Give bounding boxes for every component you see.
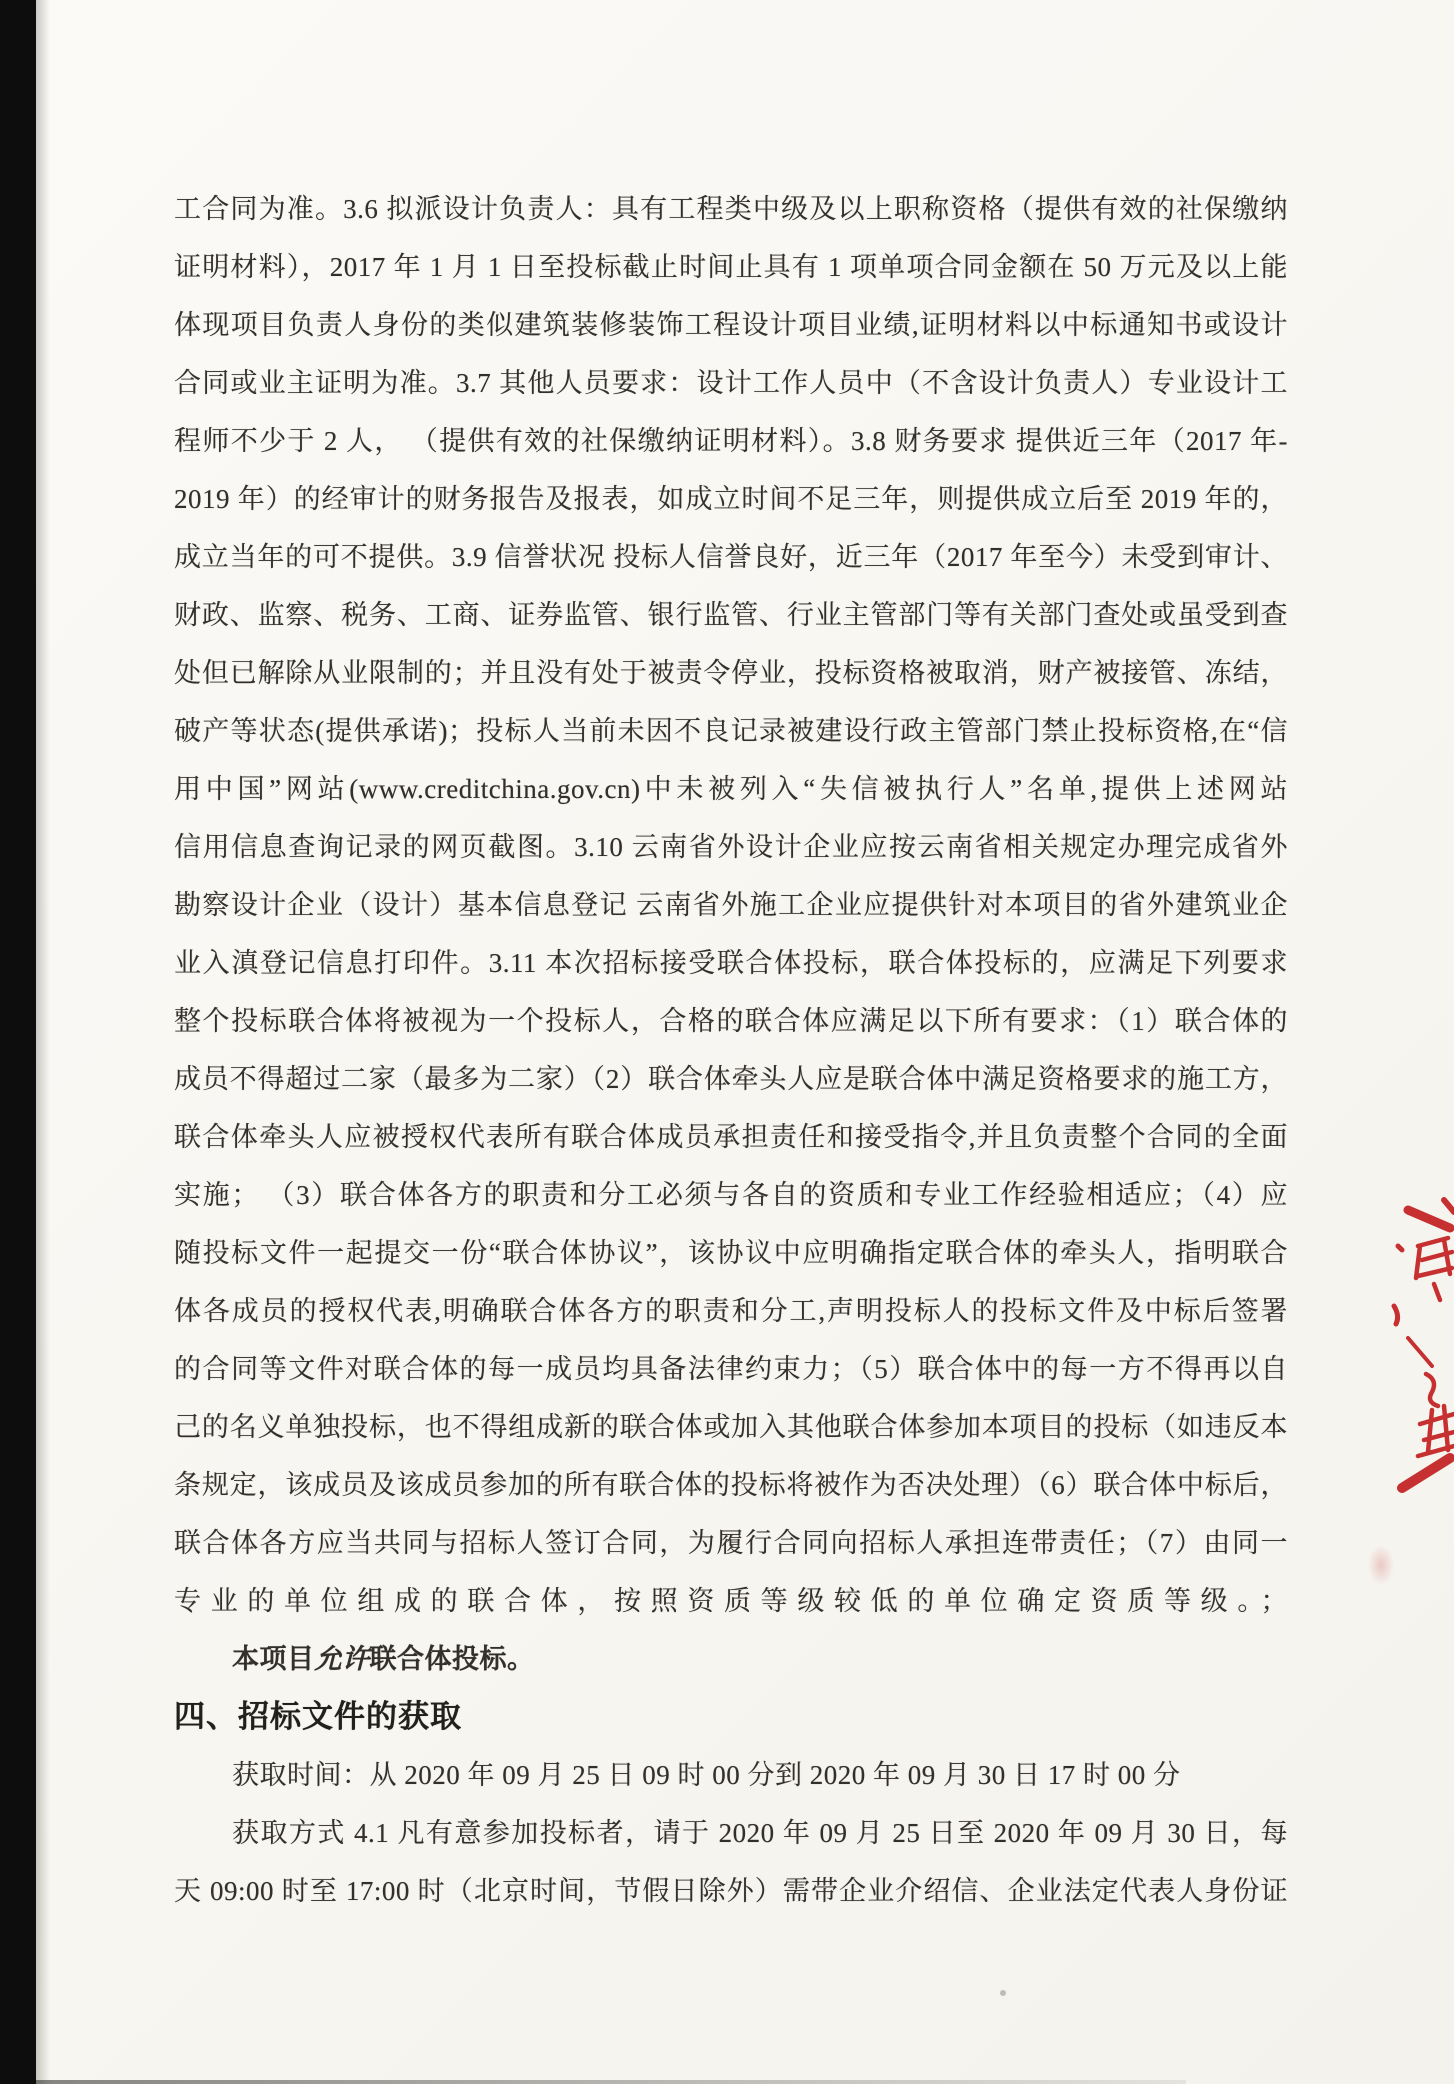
paragraph-line: 成立当年的可不提供。3.9 信誉状况 投标人信誉良好，近三年（2017 年至今）… — [174, 528, 1288, 586]
paragraph-line: 处但已解除从业限制的；并且没有处于被责令停业，投标资格被取消，财产被接管、冻结， — [174, 644, 1288, 702]
paragraph-line: 的合同等文件对联合体的每一成员均具备法律约束力；（5）联合体中的每一方不得再以自 — [174, 1340, 1288, 1398]
paragraph-line: 勘察设计企业（设计）基本信息登记 云南省外施工企业应提供针对本项目的省外建筑业企 — [174, 876, 1288, 934]
paragraph-line: 成员不得超过二家（最多为二家）（2）联合体牵头人应是联合体中满足资格要求的施工方… — [174, 1050, 1288, 1108]
allow-line-prefix: 本项目 — [232, 1644, 315, 1674]
paragraph-line: 工合同为准。3.6 拟派设计负责人：具有工程类中级及以上职称资格（提供有效的社保… — [174, 180, 1288, 238]
paragraph-line: 破产等状态(提供承诺)；投标人当前未因不良记录被建设行政主管部门禁止投标资格,在… — [174, 702, 1288, 760]
scan-edge-bar — [0, 0, 36, 2084]
paragraph-line: 联合体各方应当共同与招标人签订合同，为履行合同向招标人承担连带责任；（7）由同一 — [174, 1514, 1288, 1572]
scan-bottom-edge — [36, 2080, 1186, 2084]
paragraph-line: 己的名义单独投标，也不得组成新的联合体或加入其他联合体参加本项目的投标（如违反本 — [174, 1398, 1288, 1456]
allow-line-suffix: 联合体投标。 — [370, 1644, 535, 1674]
section-heading: 四、招标文件的获取 — [174, 1688, 1288, 1746]
paragraph-line: 业入滇登记信息打印件。3.11 本次招标接受联合体投标，联合体投标的，应满足下列… — [174, 934, 1288, 992]
acquire-time-line: 获取时间：从 2020 年 09 月 25 日 09 时 00 分到 2020 … — [174, 1746, 1288, 1804]
paragraph-line: 用中国”网站(www.creditchina.gov.cn)中未被列入“失信被执… — [174, 760, 1288, 818]
paragraph-line: 实施； （3）联合体各方的职责和分工必须与各自的资质和专业工作经验相适应；（4）… — [174, 1166, 1288, 1224]
paragraph-line: 整个投标联合体将被视为一个投标人，合格的联合体应满足以下所有要求：（1）联合体的 — [174, 992, 1288, 1050]
allow-line-emphasis: 允许 — [315, 1644, 370, 1674]
paragraph-line: 随投标文件一起提交一份“联合体协议”，该协议中应明确指定联合体的牵头人，指明联合 — [174, 1224, 1288, 1282]
paragraph-line: 联合体牵头人应被授权代表所有联合体成员承担责任和接受指令,并且负责整个合同的全面 — [174, 1108, 1288, 1166]
acquire-method-line: 获取方式 4.1 凡有意参加投标者，请于 2020 年 09 月 25 日至 2… — [174, 1804, 1288, 1862]
paragraph-line: 证明材料），2017 年 1 月 1 日至投标截止时间止具有 1 项单项合同金额… — [174, 238, 1288, 296]
paragraph-line: 程师不少于 2 人， （提供有效的社保缴纳证明材料）。3.8 财务要求 提供近三… — [174, 412, 1288, 470]
paragraph-line: 合同或业主证明为准。3.7 其他人员要求：设计工作人员中（不含设计负责人）专业设… — [174, 354, 1288, 412]
paragraph-line: 财政、监察、税务、工商、证券监管、银行监管、行业主管部门等有关部门查处或虽受到查 — [174, 586, 1288, 644]
acquire-method-line-2: 天 09:00 时至 17:00 时（北京时间，节假日除外）需带企业介绍信、企业… — [174, 1862, 1288, 1920]
scan-edge-shadow — [36, 0, 50, 2084]
paragraph-line: 2019 年）的经审计的财务报告及报表，如成立时间不足三年，则提供成立后至 20… — [174, 470, 1288, 528]
red-stamp-icon — [1374, 1188, 1454, 1504]
scan-smudge — [1368, 1545, 1394, 1585]
paragraph-line: 信用信息查询记录的网页截图。3.10 云南省外设计企业应按云南省相关规定办理完成… — [174, 818, 1288, 876]
scan-speck — [1000, 1990, 1006, 1996]
paragraph-line: 条规定，该成员及该成员参加的所有联合体的投标将被作为否决处理）（6）联合体中标后… — [174, 1456, 1288, 1514]
allow-consortium-line: 本项目允许联合体投标。 — [174, 1630, 1288, 1688]
document-body: 工合同为准。3.6 拟派设计负责人：具有工程类中级及以上职称资格（提供有效的社保… — [174, 180, 1288, 1920]
scanned-document-page: 工合同为准。3.6 拟派设计负责人：具有工程类中级及以上职称资格（提供有效的社保… — [0, 0, 1454, 2084]
paragraph-line: 体各成员的授权代表,明确联合体各方的职责和分工,声明投标人的投标文件及中标后签署 — [174, 1282, 1288, 1340]
paragraph-line: 专业的单位组成的联合体，按照资质等级较低的单位确定资质等级。； — [174, 1572, 1288, 1630]
paragraph-line: 体现项目负责人身份的类似建筑装修装饰工程设计项目业绩,证明材料以中标通知书或设计 — [174, 296, 1288, 354]
